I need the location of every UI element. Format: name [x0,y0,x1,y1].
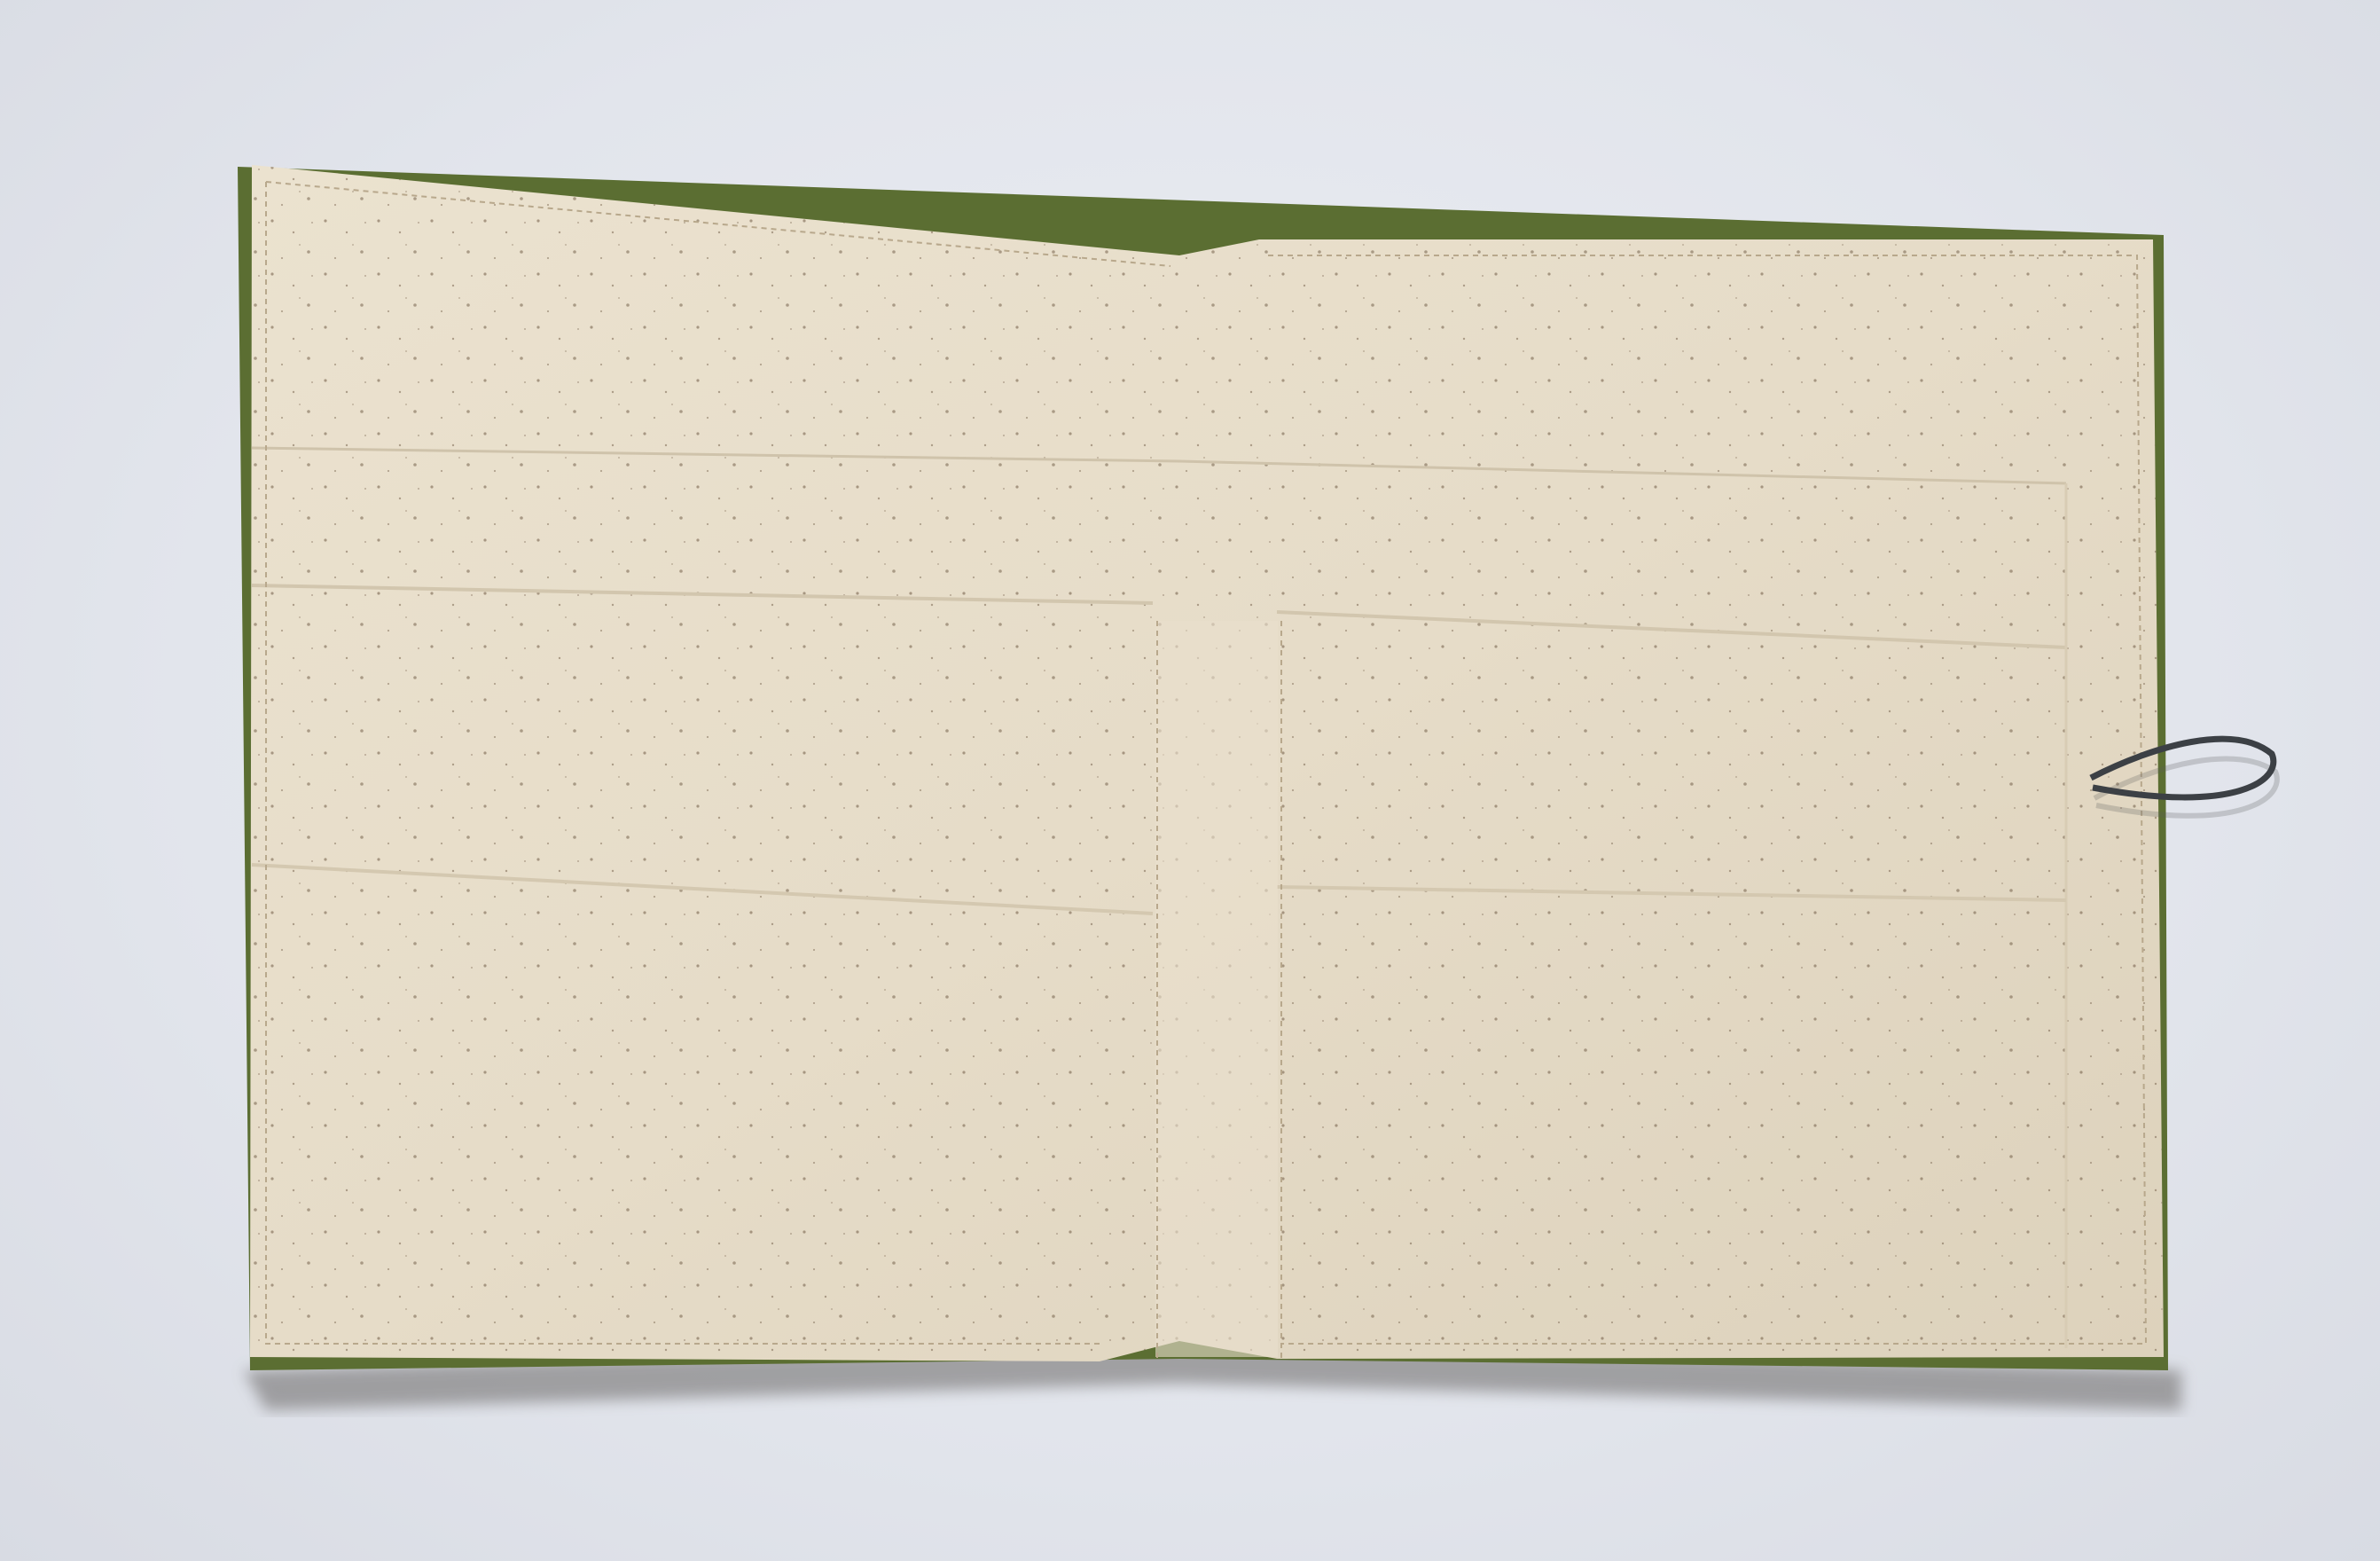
pen-slot [1155,621,1278,1357]
photo-scene [0,0,2380,1561]
book-cover-illustration [0,0,2380,1561]
